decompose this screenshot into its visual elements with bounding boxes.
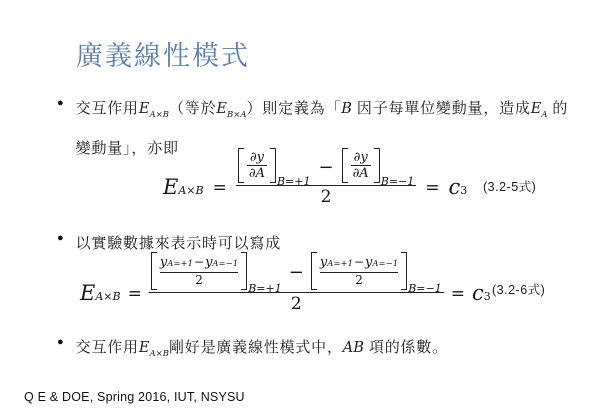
right-bracket [241,252,247,290]
math-var: c [448,175,460,199]
math-subscript: A=+1 [167,256,193,272]
bullet-item-3: ● 交互作用EA×B剛好是廣義線性模式中，AB 項的係數。 [57,331,448,371]
right-bracket [374,148,380,183]
footer-text: Q E & DOE, Spring 2016, IUT, NSYSU [24,390,245,404]
text-run: （等於 [169,100,216,117]
math-subscript: 3 [460,184,467,197]
bracket-subscript: B=+1 [277,175,311,188]
bracket-subscript: B=−1 [408,282,442,295]
bracket-group-1: yA=+1−yA=−1 2 B=+1 [151,252,282,290]
inner-numerator: yA=+1−yA=−1 [160,254,238,272]
math-subscript: B×A [227,110,247,120]
slide-title: 廣義線性模式 [76,34,250,73]
minus-sign: − [353,254,365,270]
text-run: 因子每單位變動量，造成 [352,100,531,117]
math-subscript: 3 [484,290,491,303]
inner-denominator: 2 [160,272,238,288]
math-subscript: A=−1 [212,256,238,272]
inner-fraction-2: yA=+1−yA=−1 2 [317,252,401,290]
math-var: AB [343,340,364,356]
equals-sign: = [451,284,465,304]
bracket-group-2: yA=+1−yA=−1 2 B=−1 [311,252,442,290]
fraction-bar: 2 [236,185,416,207]
equation-2-rhs: c3 [472,281,491,305]
fraction-denominator: 2 [291,293,302,314]
bullet-icon: ● [57,227,64,249]
text-run: ）則定義為「 [246,100,341,117]
text-run: 交互作用 [76,100,139,117]
fraction-numerator: yA=+1−yA=−1 2 B=+1 − yA=+1−yA=−1 2 B=−1 [149,252,444,292]
math-var: E [163,175,178,199]
bracket-subscript: B=−1 [381,175,415,188]
equation-1: EA×B = ∂y ∂A B=+1 − ∂y ∂A [163,148,467,207]
math-subscript: A=−1 [372,256,398,272]
math-subscript: A×B [178,184,203,197]
math-subscript: A×B [149,349,169,359]
math-subscript: A=+1 [327,256,353,272]
presentation-slide: 廣義線性模式 ● 交互作用EA×B（等於EB×A）則定義為「B 因子每單位變動量… [0,0,595,420]
equation-1-fraction: ∂y ∂A B=+1 − ∂y ∂A B=−1 2 [236,148,416,207]
bracket-group-1: ∂y ∂A B=+1 [238,148,311,183]
bracket-subscript: B=+1 [248,282,282,295]
equation-2-lhs: EA×B [80,281,121,305]
equals-sign: = [425,178,439,198]
inner-fraction-1: yA=+1−yA=−1 2 [157,252,241,290]
text-run: 剛好是廣義線性模式中， [169,339,343,356]
bullet-1-line-1: 交互作用EA×B（等於EB×A）則定義為「B 因子每單位變動量，造成EA 的 [76,92,569,132]
math-var: E [139,340,150,356]
math-subscript: A×B [149,110,169,120]
equals-sign: = [213,178,227,198]
minus-sign: − [289,262,304,283]
fraction-bar: 2 [149,292,444,314]
equation-2-label: (3.2-6式) [492,280,545,298]
equation-1-rhs: c3 [448,175,467,199]
bullet-3-text: 交互作用EA×B剛好是廣義線性模式中，AB 項的係數。 [76,331,448,371]
math-var: E [531,101,542,117]
math-var: ∂y [352,150,370,165]
bullet-icon: ● [57,331,64,353]
math-var: ∂A [351,165,371,181]
text-run: 的 [547,100,568,117]
equation-1-lhs: EA×B [163,175,204,199]
math-var: ∂y [248,150,266,165]
text-run: 交互作用 [76,339,139,356]
math-subscript: A×B [95,290,120,303]
partial-fraction-2: ∂y ∂A [348,148,374,183]
math-var: E [139,101,150,117]
math-var: ∂A [247,165,267,181]
text-run: 項的係數。 [364,339,448,356]
partial-fraction-1: ∂y ∂A [244,148,270,183]
minus-sign: − [193,254,205,270]
math-var: c [472,281,484,305]
bullet-icon: ● [57,92,64,114]
math-var: E [80,281,95,305]
fraction-numerator: ∂y ∂A B=+1 − ∂y ∂A B=−1 [236,148,416,185]
fraction-denominator: 2 [321,186,332,207]
equation-1-label: (3.2-5式) [483,177,536,195]
inner-numerator: yA=+1−yA=−1 [320,254,398,272]
right-bracket [401,252,407,290]
minus-sign: − [318,157,333,178]
inner-denominator: 2 [320,272,398,288]
equals-sign: = [128,284,142,304]
bracket-group-2: ∂y ∂A B=−1 [342,148,415,183]
math-var: E [216,101,227,117]
math-var: B [341,101,352,117]
right-bracket [270,148,276,183]
equation-2: EA×B = yA=+1−yA=−1 2 B=+1 − yA=+1−yA= [80,252,491,314]
equation-2-fraction: yA=+1−yA=−1 2 B=+1 − yA=+1−yA=−1 2 B=−1 [149,252,444,314]
